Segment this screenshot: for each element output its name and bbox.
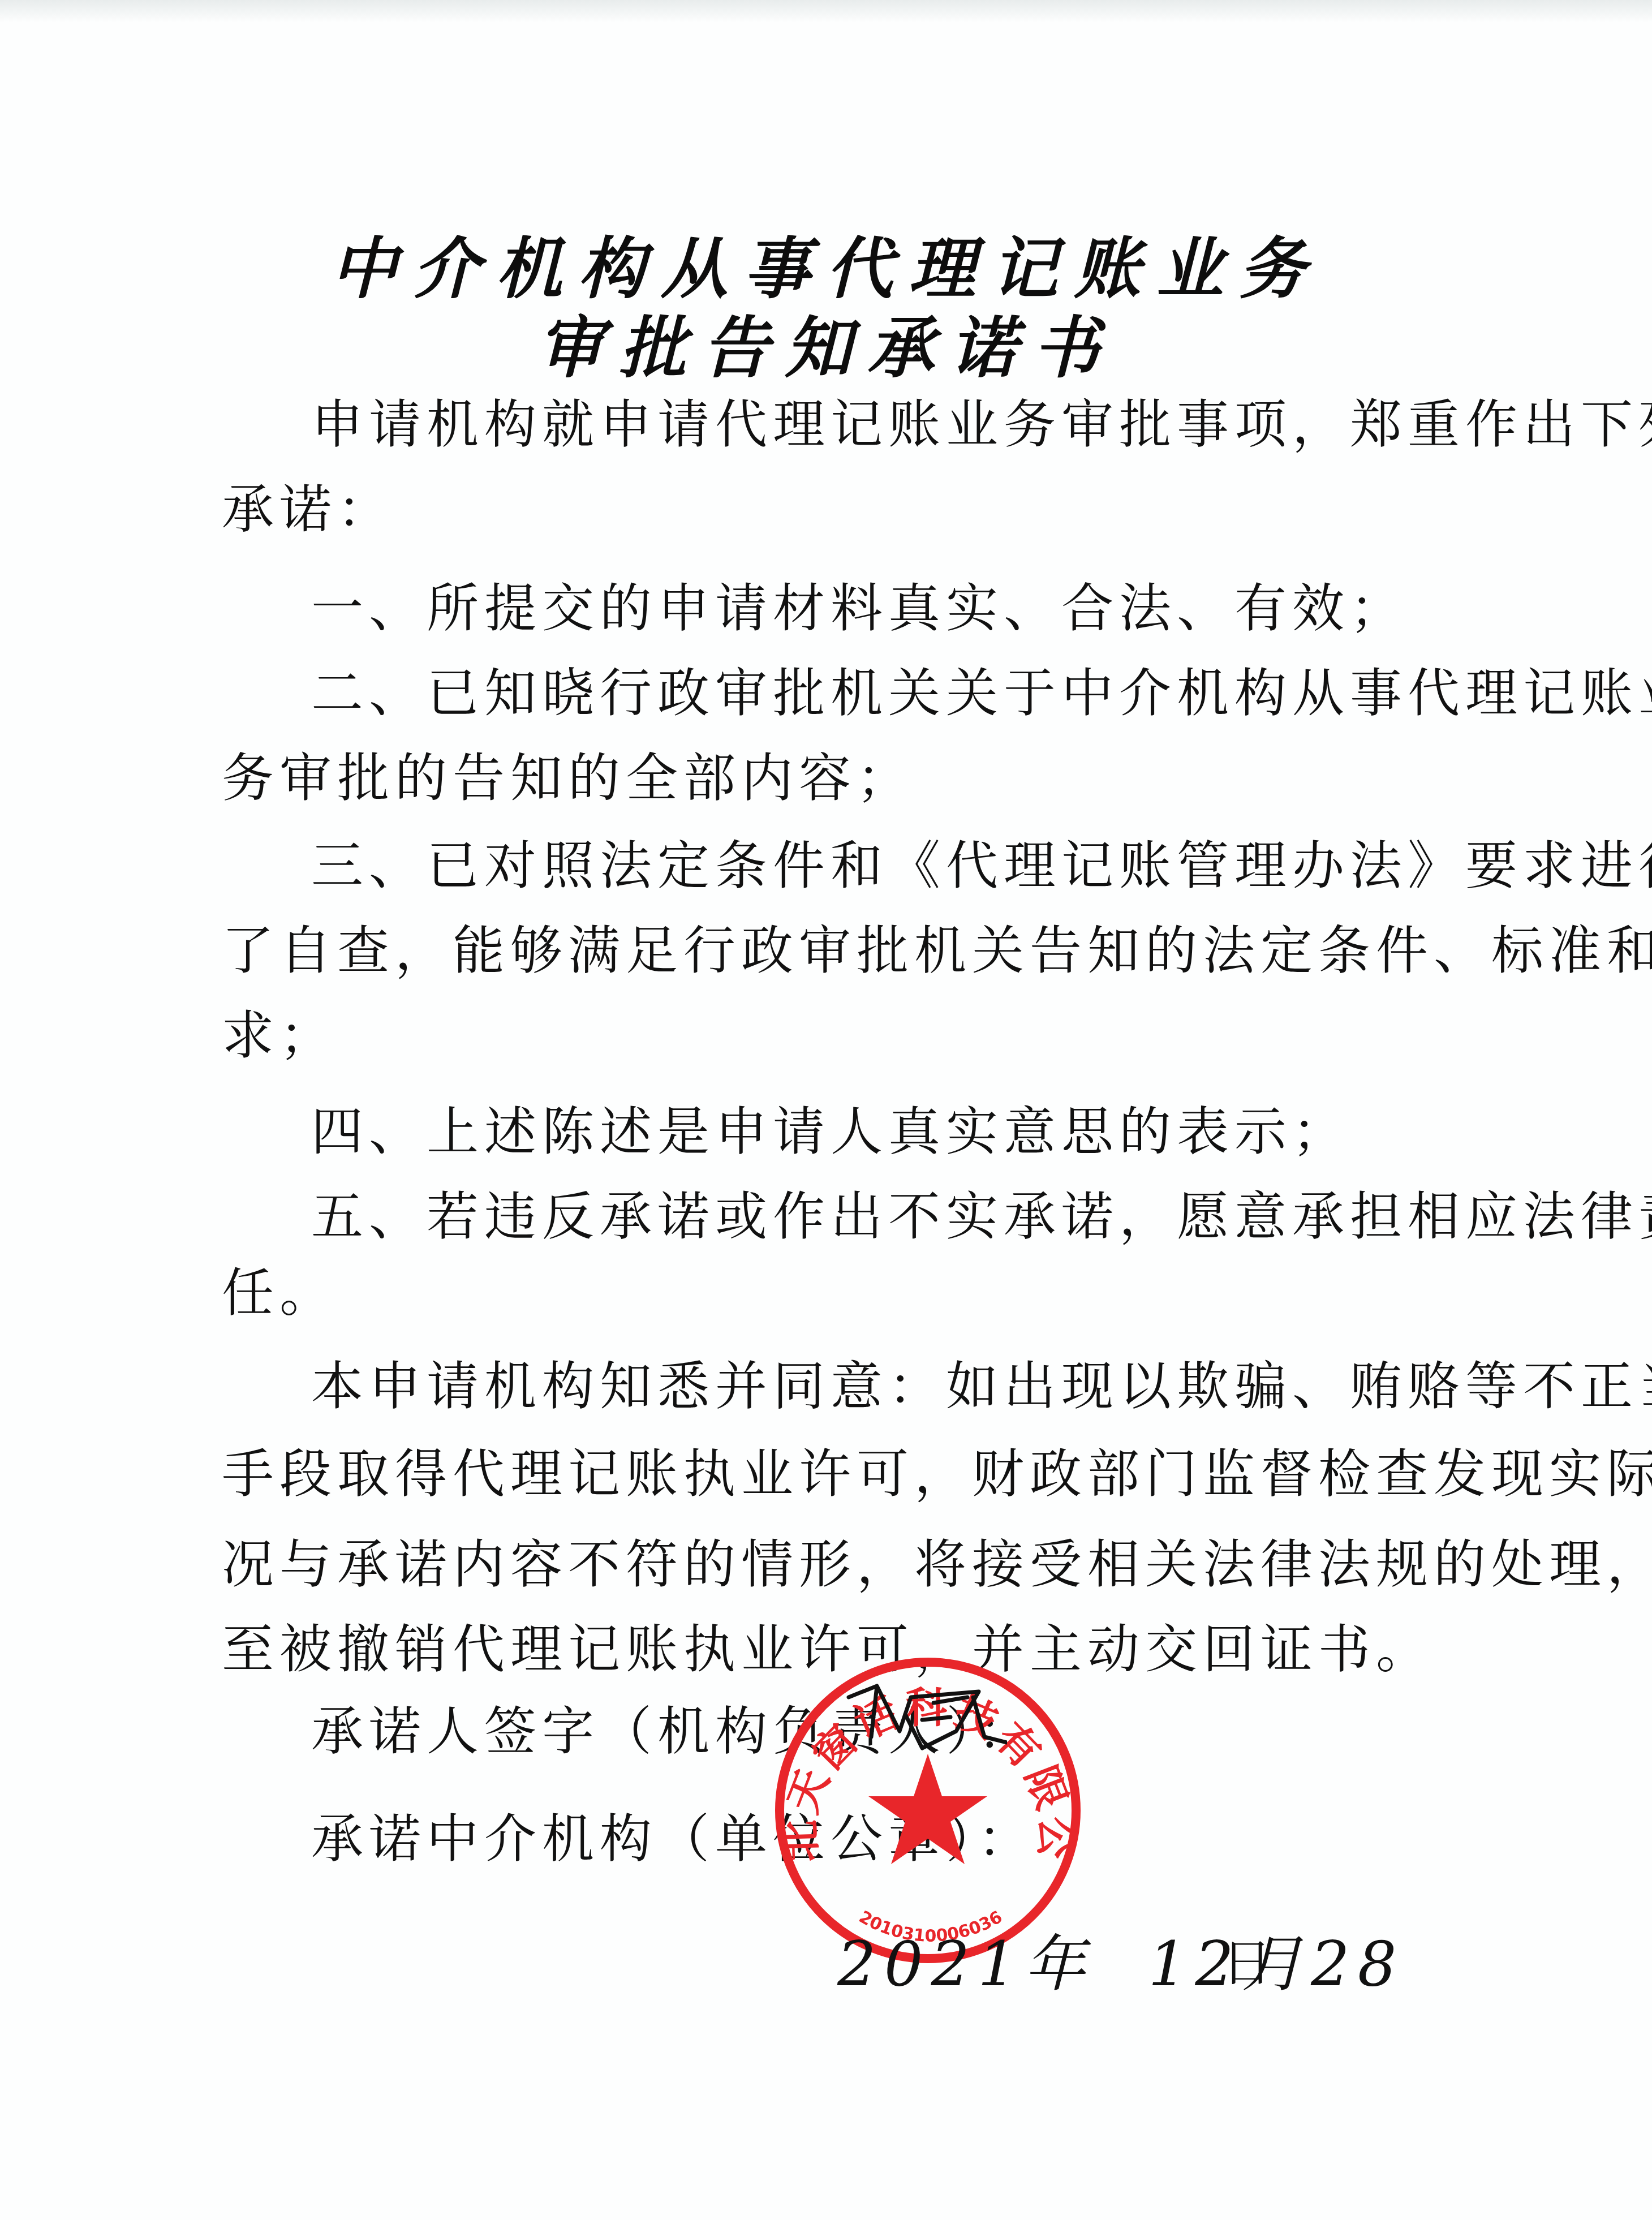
- paragraph-line: 手段取得代理记账执业许可，财政部门监督检查发现实际情: [222, 1448, 1652, 1500]
- paragraph-line: 务审批的告知的全部内容；: [222, 752, 914, 804]
- scan-edge-shading: [0, 0, 1652, 23]
- date-day-suffix: 日: [1222, 1924, 1272, 1995]
- document-title-line-2: 审批告知承诺书: [0, 294, 1652, 390]
- signature-icon: [837, 1663, 1007, 1759]
- signing-date: 2021年 12月28: [837, 1915, 1404, 2003]
- paragraph-line: 三、已对照法定条件和《代理记账管理办法》要求进行: [311, 840, 1652, 892]
- paragraph-line: 二、已知晓行政审批机关关于中介机构从事代理记账业: [311, 668, 1652, 720]
- date-year: 2021年: [837, 1929, 1094, 2000]
- paragraph-line: 承诺：: [222, 484, 395, 536]
- paragraph-line: 本申请机构知悉并同意：如出现以欺骗、贿赂等不正当: [311, 1361, 1652, 1413]
- paragraph-line: 申请机构就申请代理记账业务审批事项，郑重作出下列: [311, 399, 1652, 451]
- paragraph-line: 一、所提交的申请材料真实、合法、有效；: [311, 583, 1408, 635]
- paragraph-line: 况与承诺内容不符的情形，将接受相关法律法规的处理，直: [222, 1539, 1652, 1591]
- paragraph-line: 任。: [222, 1267, 337, 1319]
- paragraph-line: 五、若违反承诺或作出不实承诺，愿意承担相应法律责: [311, 1191, 1652, 1243]
- paragraph-line: 四、上述陈述是申请人真实意思的表示；: [311, 1106, 1350, 1158]
- paragraph-line: 了自查，能够满足行政审批机关告知的法定条件、标准和要: [222, 925, 1652, 977]
- paragraph-line: 求；: [222, 1010, 337, 1062]
- date-day: 28: [1311, 1929, 1404, 2000]
